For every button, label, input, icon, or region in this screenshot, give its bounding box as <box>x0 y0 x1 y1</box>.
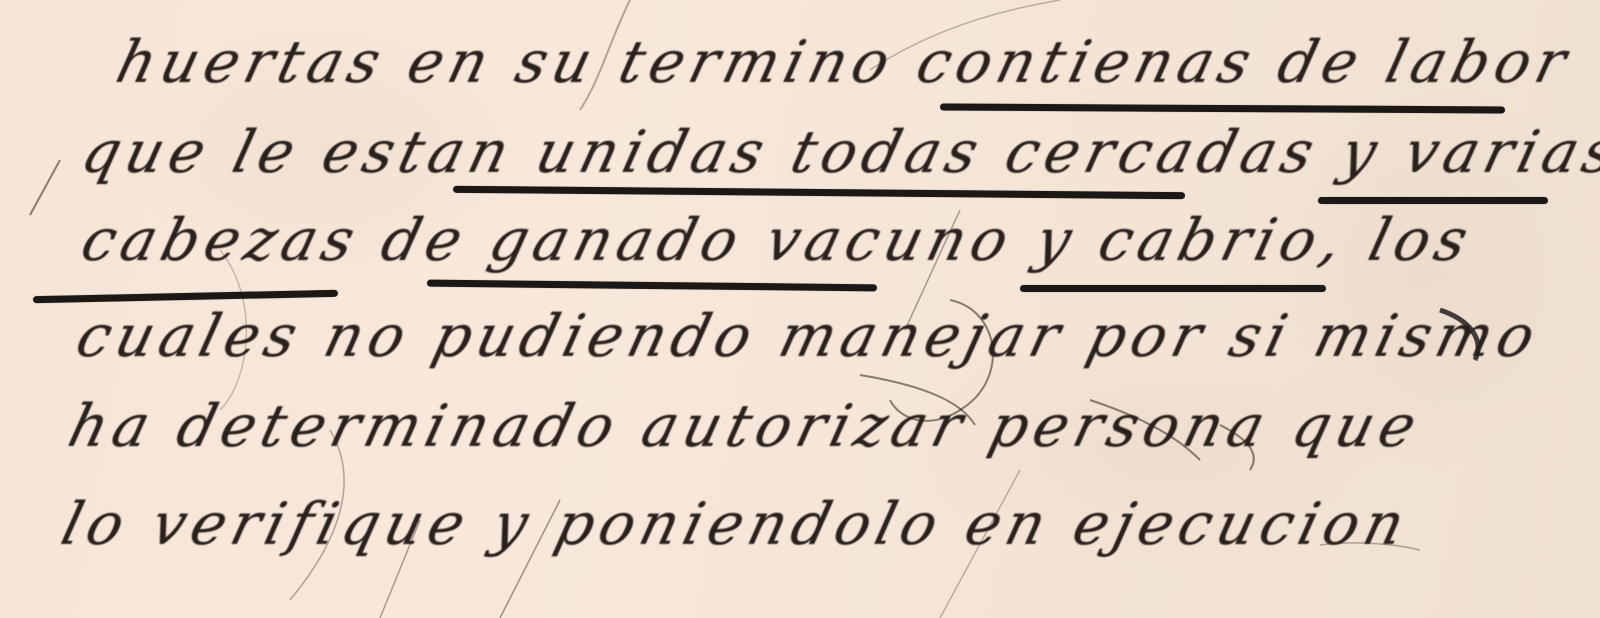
underline-unidas-todas-cercadas <box>453 186 1185 199</box>
underline-varias <box>1318 197 1548 204</box>
manuscript-line-3: cabezas de ganado vacuno y cabrio, los <box>75 206 1480 274</box>
manuscript-line-1: huertas en su termino contienas de labor <box>110 28 1579 96</box>
manuscript-line-6: lo verifique y poniendolo en ejecucion <box>55 490 1417 558</box>
underline-cabrio <box>1020 285 1326 292</box>
manuscript-page: huertas en su termino contienas de labor… <box>0 0 1600 618</box>
underline-contienas-de-labor <box>940 104 1505 114</box>
underline-ganado-vacuno <box>427 280 877 292</box>
manuscript-line-5: ha determinado autorizar persona que <box>62 392 1429 460</box>
manuscript-line-2: que le estan unidas todas cercadas y var… <box>75 118 1600 186</box>
manuscript-line-4: cuales no pudiendo manejar por si mismo <box>70 302 1548 370</box>
